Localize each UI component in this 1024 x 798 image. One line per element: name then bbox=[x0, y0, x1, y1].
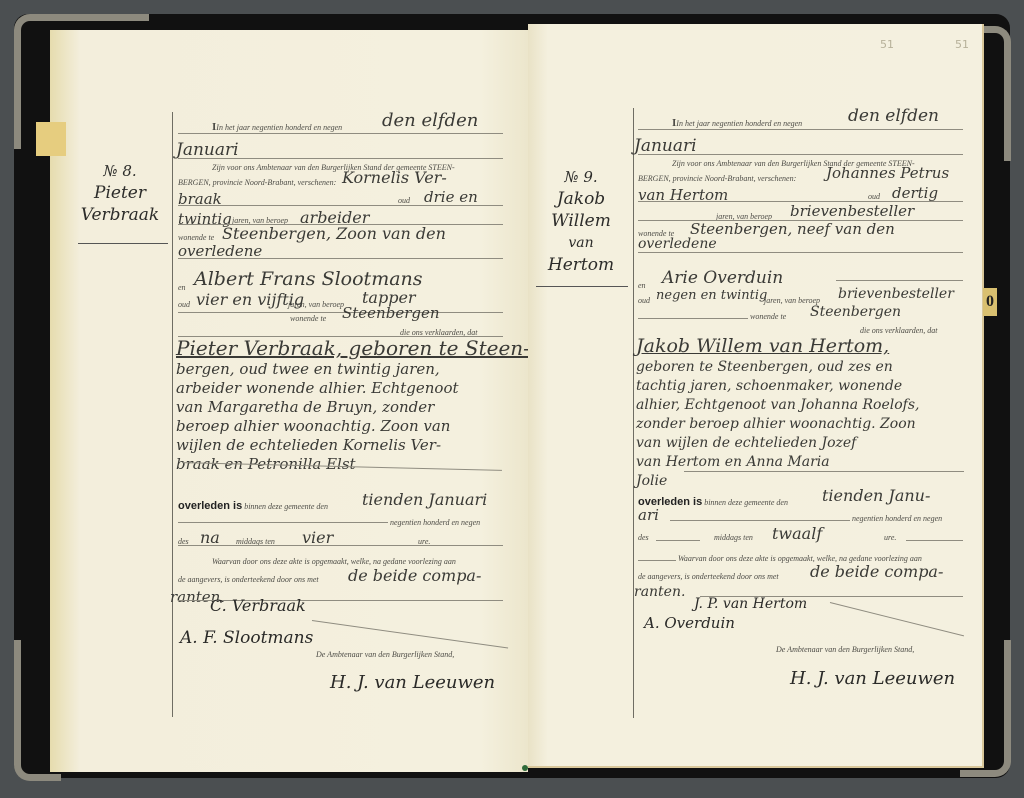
margin-rule bbox=[78, 243, 168, 244]
signature: C. Verbraak bbox=[210, 596, 306, 615]
margin-name-line: Verbraak bbox=[70, 204, 170, 226]
handwritten-closing: ranten. bbox=[634, 584, 685, 600]
died-line: overleden is binnen deze gemeente den bbox=[638, 496, 788, 508]
printed-text: IIn het jaar negentien honderd en negen bbox=[212, 121, 342, 133]
handwritten-date: den elfden bbox=[848, 106, 939, 126]
record-number: № 8. bbox=[70, 160, 170, 182]
right-record-body: Jakob Willem van Hertom, geboren te Stee… bbox=[636, 334, 971, 491]
handwritten-informant: Johannes Petrus bbox=[826, 164, 949, 182]
official-label: De Ambtenaar van den Burgerlijken Stand, bbox=[776, 645, 914, 654]
handwritten-time: twaalf bbox=[772, 524, 822, 543]
ruled-line bbox=[906, 540, 963, 541]
printed-text: en bbox=[638, 281, 646, 290]
signature: J. P. van Hertom bbox=[694, 596, 807, 612]
record-number: № 9. bbox=[532, 166, 630, 188]
printed-text: wonende te bbox=[178, 233, 214, 242]
margin-name-line: Hertom bbox=[532, 254, 630, 276]
ruled-line bbox=[178, 158, 503, 159]
handwritten-witness: Arie Overduin bbox=[662, 268, 783, 288]
ruled-line bbox=[638, 560, 676, 561]
handwritten-residence: Steenbergen, neef van den bbox=[690, 220, 895, 238]
ruled-line bbox=[178, 522, 388, 523]
handwritten-closing: de beide compa- bbox=[348, 566, 481, 585]
ruled-line bbox=[178, 545, 503, 546]
handwritten-month: Januari bbox=[176, 140, 239, 160]
printed-text: oud bbox=[868, 192, 880, 201]
ruled-line bbox=[178, 312, 503, 313]
printed-text: oud bbox=[178, 300, 190, 309]
handwritten-residence: Steenbergen bbox=[810, 304, 901, 320]
body-line: bergen, oud twee en twintig jaren, bbox=[176, 360, 511, 379]
body-line: tachtig jaren, schoenmaker, wonende bbox=[636, 377, 971, 396]
page-number: 51 bbox=[955, 38, 969, 51]
ruled-line bbox=[670, 520, 850, 521]
printed-text: middags ten bbox=[714, 533, 753, 542]
handwritten-month: Januari bbox=[634, 136, 697, 156]
ruled-line bbox=[638, 252, 963, 253]
right-column-rule bbox=[633, 108, 634, 718]
margin-name-line: Willem bbox=[532, 210, 630, 232]
official-signature: H. J. van Leeuwen bbox=[330, 672, 495, 693]
left-record-body: Pieter Verbraak, geboren te Steen- berge… bbox=[176, 336, 511, 474]
handwritten-death-date: ari bbox=[638, 506, 659, 524]
handwritten-residence: Steenbergen bbox=[342, 304, 440, 322]
body-line: zonder beroep alhier woonachtig. Zoon bbox=[636, 415, 971, 434]
died-line: overleden is binnen deze gemeente den bbox=[178, 500, 328, 512]
left-margin-entry: № 8. Pieter Verbraak bbox=[70, 160, 170, 226]
deceased-name-line: Pieter Verbraak, geboren te Steen- bbox=[176, 336, 511, 360]
handwritten-witness: Albert Frans Slootmans bbox=[194, 268, 423, 290]
handwritten-date: den elfden bbox=[382, 110, 478, 131]
right-margin-entry: № 9. Jakob Willem van Hertom bbox=[532, 166, 630, 276]
handwritten-age: negen en twintig bbox=[656, 288, 767, 303]
printed-text: oud bbox=[398, 196, 410, 205]
ruled-line bbox=[178, 133, 503, 134]
printed-text: negentien honderd en negen bbox=[852, 514, 942, 523]
deceased-name-line: Jakob Willem van Hertom, bbox=[636, 334, 971, 358]
ruled-line bbox=[638, 154, 963, 155]
printed-text: ure. bbox=[884, 533, 896, 542]
handwritten-informant: Kornelis Ver- bbox=[342, 168, 447, 187]
printed-text: Waarvan door ons deze akte is opgemaakt,… bbox=[212, 557, 456, 566]
body-line: arbeider wonende alhier. Echtgenoot bbox=[176, 379, 511, 398]
handwritten-age: drie en bbox=[424, 188, 478, 206]
official-signature: H. J. van Leeuwen bbox=[790, 668, 955, 689]
handwritten-age: dertig bbox=[892, 184, 938, 202]
printed-text: IIn het jaar negentien honderd en negen bbox=[672, 117, 802, 129]
printed-text: wonende te bbox=[290, 314, 326, 323]
margin-name-line: Jakob bbox=[532, 188, 630, 210]
body-line: wijlen de echtelieden Kornelis Ver- bbox=[176, 436, 511, 455]
ruled-line bbox=[684, 471, 964, 472]
handwritten-text: overledene bbox=[638, 236, 717, 252]
handwritten-residence: Steenbergen, Zoon van den bbox=[222, 224, 446, 243]
body-line: alhier, Echtgenoot van Johanna Roelofs, bbox=[636, 396, 971, 415]
ruled-line bbox=[638, 129, 963, 130]
page-tab-marker bbox=[36, 122, 66, 156]
handwritten-occupation: brievenbesteller bbox=[838, 286, 954, 302]
printed-text: des bbox=[638, 533, 649, 542]
printed-text: wonende te bbox=[750, 312, 786, 321]
printed-text: BERGEN, provincie Noord-Brabant, versche… bbox=[178, 178, 336, 187]
signature: A. Overduin bbox=[644, 614, 735, 632]
body-line: geboren te Steenbergen, oud zes en bbox=[636, 358, 971, 377]
body-line: van wijlen de echtelieden Jozef bbox=[636, 434, 971, 453]
printed-text: en bbox=[178, 283, 186, 292]
signature: A. F. Slootmans bbox=[180, 628, 313, 648]
binding-thread bbox=[522, 765, 528, 771]
ruled-line bbox=[656, 540, 700, 541]
printed-text: negentien honderd en negen bbox=[390, 518, 480, 527]
handwritten-occupation: brievenbesteller bbox=[790, 202, 914, 220]
handwritten-death-date: tienden Janu- bbox=[822, 486, 930, 505]
margin-rule bbox=[536, 286, 628, 287]
printed-text: de aangevers, is onderteekend door ons m… bbox=[638, 572, 779, 581]
ruled-line bbox=[836, 280, 963, 281]
body-line: beroep alhier woonachtig. Zoon van bbox=[176, 417, 511, 436]
printed-text: oud bbox=[638, 296, 650, 305]
printed-text: jaren, van beroep bbox=[288, 300, 344, 309]
ruled-line bbox=[178, 258, 503, 259]
handwritten-death-date: tienden Januari bbox=[362, 490, 487, 509]
ruled-line bbox=[178, 205, 503, 206]
edge-index-tab[interactable]: 0 bbox=[983, 288, 997, 316]
printed-text: BERGEN, provincie Noord-Brabant, versche… bbox=[638, 174, 796, 183]
ruled-line bbox=[638, 318, 748, 319]
margin-name-line: Pieter bbox=[70, 182, 170, 204]
body-line: van Hertom en Anna Maria bbox=[636, 453, 971, 472]
handwritten-closing: de beide compa- bbox=[810, 562, 943, 581]
margin-name-line: van bbox=[532, 232, 630, 254]
page-number: 51 bbox=[880, 38, 894, 51]
printed-text: de aangevers, is onderteekend door ons m… bbox=[178, 575, 319, 584]
official-label: De Ambtenaar van den Burgerlijken Stand, bbox=[316, 650, 454, 659]
body-line: braak en Petronilla Elst bbox=[176, 455, 511, 474]
body-line: van Margaretha de Bruyn, zonder bbox=[176, 398, 511, 417]
left-column-rule bbox=[172, 112, 173, 717]
